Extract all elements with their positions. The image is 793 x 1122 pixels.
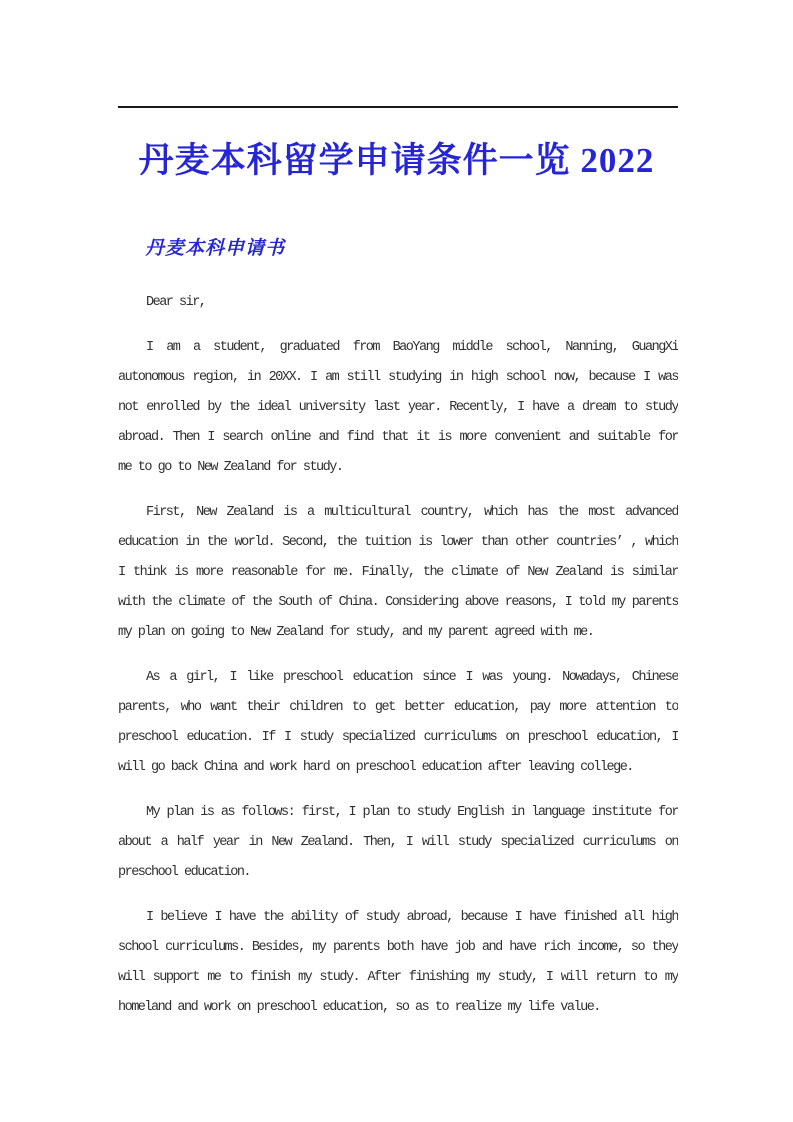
text-line: autonomous region, in 20XX. I am still s…	[118, 363, 678, 393]
text-line: school curriculums. Besides, my parents …	[118, 933, 678, 963]
paragraph: My plan is as follows: first, I plan to …	[118, 798, 678, 888]
text-line: will support me to finish my study. Afte…	[118, 963, 678, 993]
text-line: about a half year in New Zealand. Then, …	[118, 828, 678, 858]
text-line: abroad. Then I search online and find th…	[118, 423, 678, 453]
header-rule	[118, 106, 678, 108]
paragraph: First, New Zealand is a multicultural co…	[118, 498, 678, 648]
text-line: homeland and work on preschool education…	[118, 993, 678, 1023]
paragraph: I believe I have the ability of study ab…	[118, 903, 678, 1023]
text-line: I am a student, graduated from BaoYang m…	[118, 333, 678, 363]
text-line: me to go to New Zealand for study.	[118, 453, 678, 483]
text-line: As a girl, I like preschool education si…	[118, 663, 678, 693]
text-line: preschool education.	[118, 858, 678, 888]
document-page: 丹麦本科留学申请条件一览 2022 丹麦本科申请书 Dear sir,I am …	[0, 0, 793, 1122]
text-line: parents, who want their children to get …	[118, 693, 678, 723]
text-line: My plan is as follows: first, I plan to …	[118, 798, 678, 828]
section-heading: 丹麦本科申请书	[145, 233, 285, 260]
paragraph: As a girl, I like preschool education si…	[118, 663, 678, 783]
document-body: Dear sir,I am a student, graduated from …	[118, 288, 678, 1038]
text-line: I believe I have the ability of study ab…	[118, 903, 678, 933]
text-line: my plan on going to New Zealand for stud…	[118, 618, 678, 648]
text-line: not enrolled by the ideal university las…	[118, 393, 678, 423]
page-title: 丹麦本科留学申请条件一览 2022	[0, 133, 793, 183]
paragraph: Dear sir,	[118, 288, 678, 318]
paragraph: I am a student, graduated from BaoYang m…	[118, 333, 678, 483]
text-line: education in the world. Second, the tuit…	[118, 528, 678, 558]
text-line: Dear sir,	[118, 288, 678, 318]
text-line: First, New Zealand is a multicultural co…	[118, 498, 678, 528]
text-line: I think is more reasonable for me. Final…	[118, 558, 678, 588]
text-line: with the climate of the South of China. …	[118, 588, 678, 618]
text-line: preschool education. If I study speciali…	[118, 723, 678, 753]
text-line: will go back China and work hard on pres…	[118, 753, 678, 783]
